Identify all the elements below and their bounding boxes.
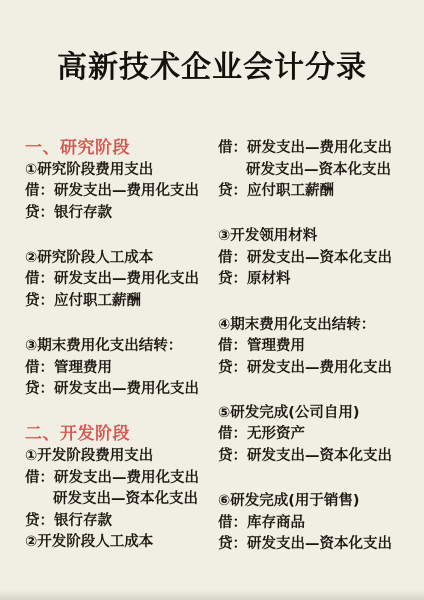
entry-account-text: 研发支出—资本化支出 (247, 446, 392, 468)
debit-entry-line: 借：研发支出—费用化支出 (25, 468, 218, 490)
debit-entry-line: 借：无形资产 (218, 424, 418, 446)
entry-indent-line: 研发支出—资本化支出 (25, 489, 218, 511)
entry-title: ⑤研发完成(公司自用) (218, 403, 418, 425)
entry-title: ①研究阶段费用支出 (25, 160, 218, 182)
debit-entry-line: 借：管理费用 (218, 336, 418, 358)
entry-side-label: 借： (25, 468, 54, 490)
entry-side-label: 贷： (218, 358, 247, 380)
credit-entry-line: 贷：研发支出—资本化支出 (218, 446, 418, 468)
entry-account-text: 应付职工薪酬 (54, 291, 141, 313)
entry-account-text: 研发支出—费用化支出 (54, 379, 199, 401)
column-left: 一、研究阶段①研究阶段费用支出借：研发支出—费用化支出贷：银行存款②研究阶段人工… (25, 138, 218, 556)
entry-title: ①开发阶段费用支出 (25, 446, 218, 468)
entry-title: ⑥研发完成(用于销售) (218, 491, 418, 513)
entry-account-text: 研发支出—费用化支出 (54, 468, 199, 490)
entry-side-label: 贷： (25, 511, 54, 533)
debit-entry-line: 借：管理费用 (25, 358, 218, 380)
entry-side-label: 贷： (25, 379, 54, 401)
debit-entry-line: 借：研发支出—资本化支出 (218, 248, 418, 270)
entry-side-label: 贷： (218, 534, 247, 556)
entry-account-text: 银行存款 (54, 511, 112, 533)
entry-side-label: 贷： (25, 203, 54, 225)
credit-entry-line: 贷：银行存款 (25, 203, 218, 225)
entry-side-label: 贷： (218, 269, 247, 291)
debit-entry-line: 借：库存商品 (218, 513, 418, 535)
entry-side-label: 贷： (25, 291, 54, 313)
debit-entry-line: 借：研发支出—费用化支出 (218, 138, 418, 160)
two-column-body: 一、研究阶段①研究阶段费用支出借：研发支出—费用化支出贷：银行存款②研究阶段人工… (25, 138, 418, 556)
entry-side-label: 贷： (218, 446, 247, 468)
entry-side-label: 借： (218, 138, 247, 160)
entry-account-text: 研发支出—费用化支出 (54, 181, 199, 203)
entry-title: ④期末费用化支出结转： (218, 315, 418, 337)
entry-account-text: 库存商品 (247, 513, 305, 535)
debit-entry-line: 借：研发支出—费用化支出 (25, 269, 218, 291)
entry-account-text: 管理费用 (247, 336, 305, 358)
entry-account-text: 研发支出—费用化支出 (247, 138, 392, 160)
entry-account-text: 研发支出—资本化支出 (247, 248, 392, 270)
credit-entry-line: 贷：研发支出—费用化支出 (25, 379, 218, 401)
credit-entry-line: 贷：应付职工薪酬 (218, 181, 418, 203)
entry-side-label: 借： (25, 181, 54, 203)
entry-side-label: 借： (218, 248, 247, 270)
column-right: 借：研发支出—费用化支出研发支出—资本化支出贷：应付职工薪酬③开发领用材料借：研… (218, 138, 418, 556)
entry-side-label: 借： (218, 336, 247, 358)
credit-entry-line: 贷：研发支出—资本化支出 (218, 534, 418, 556)
debit-entry-line: 借：研发支出—费用化支出 (25, 181, 218, 203)
section-heading: 一、研究阶段 (25, 138, 218, 160)
entry-account-text: 研发支出—资本化支出 (247, 534, 392, 556)
entry-side-label: 借： (218, 513, 247, 535)
entry-title: ③开发领用材料 (218, 226, 418, 248)
entry-side-label: 借： (25, 358, 54, 380)
entry-account-text: 管理费用 (54, 358, 112, 380)
section-heading: 二、开发阶段 (25, 424, 218, 446)
credit-entry-line: 贷：银行存款 (25, 511, 218, 533)
entry-side-label: 借： (218, 424, 247, 446)
credit-entry-line: 贷：原材料 (218, 269, 418, 291)
entry-indent-line: 研发支出—资本化支出 (218, 160, 418, 182)
credit-entry-line: 贷：应付职工薪酬 (25, 291, 218, 313)
entry-account-text: 原材料 (247, 269, 291, 291)
entry-account-text: 研发支出—费用化支出 (247, 358, 392, 380)
entry-account-text: 应付职工薪酬 (247, 181, 334, 203)
credit-entry-line: 贷：研发支出—费用化支出 (218, 358, 418, 380)
entry-account-text: 银行存款 (54, 203, 112, 225)
entry-side-label: 借： (25, 269, 54, 291)
page-title: 高新技术企业会计分录 (0, 0, 424, 86)
entry-account-text: 研发支出—费用化支出 (54, 269, 199, 291)
entry-account-text: 无形资产 (247, 424, 305, 446)
entry-side-label: 贷： (218, 181, 247, 203)
entry-title: ②开发阶段人工成本 (25, 532, 218, 554)
entry-title: ②研究阶段人工成本 (25, 248, 218, 270)
entry-title: ③期末费用化支出结转： (25, 336, 218, 358)
accounting-note-card: 高新技术企业会计分录 一、研究阶段①研究阶段费用支出借：研发支出—费用化支出贷：… (0, 0, 424, 600)
